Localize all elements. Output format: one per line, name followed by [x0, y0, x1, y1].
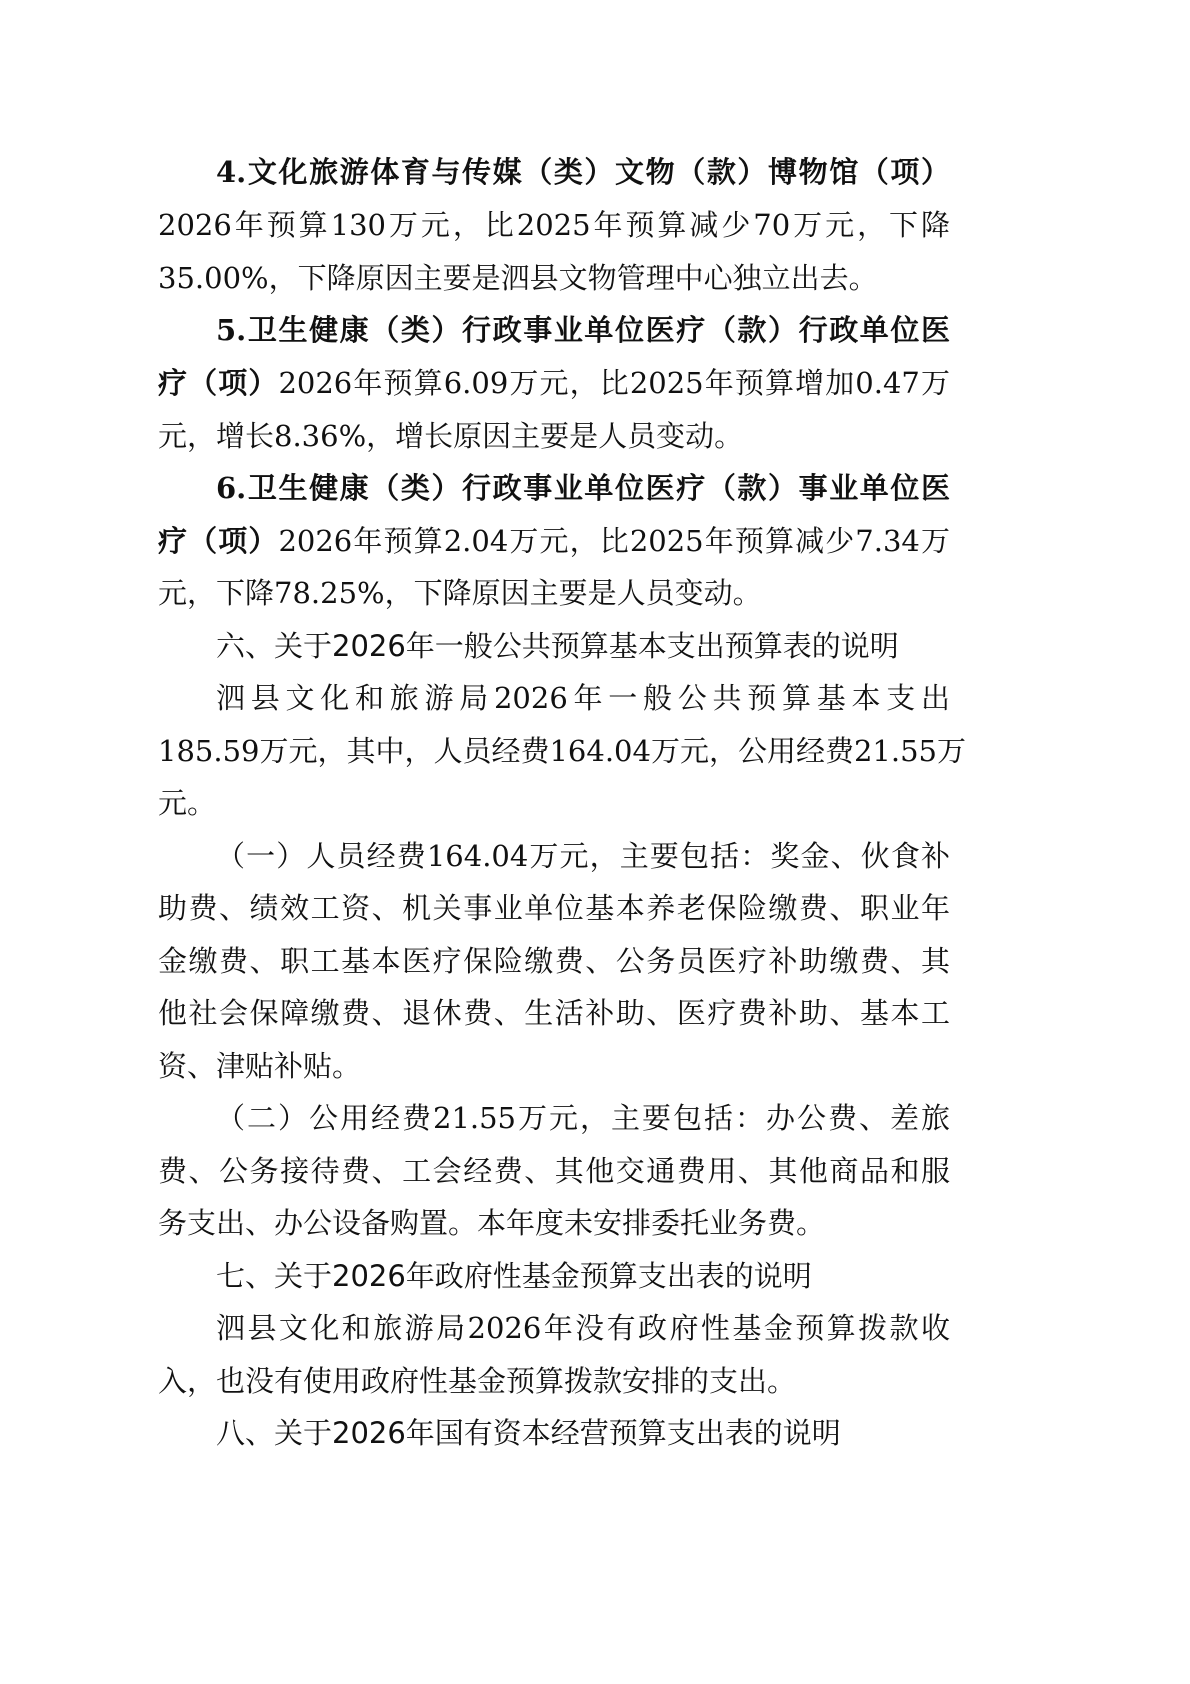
section6-intro-line2: 185.59万元，其中，人员经费164.04万元，公用经费21.55万 — [158, 725, 950, 777]
section7-line1: 泗县文化和旅游局2026年没有政府性基金预算拨款收 — [216, 1302, 950, 1354]
public-line1: （二）公用经费21.55万元，主要包括：办公费、差旅 — [216, 1092, 950, 1144]
personnel-line5: 资、津贴补贴。 — [158, 1040, 361, 1092]
public-line3: 务支出、办公设备购置。本年度未安排委托业务费。 — [158, 1197, 825, 1249]
item6-line2: 疗（项）2026年预算2.04万元，比2025年预算减少7.34万 — [158, 515, 950, 567]
item6-title-suffix: 疗（项） — [158, 524, 278, 558]
personnel-line1: （一）人员经费164.04万元，主要包括：奖金、伙食补 — [216, 830, 950, 882]
section7-heading: 七、关于2026年政府性基金预算支出表的说明 — [216, 1250, 812, 1302]
section6-intro-line3: 元。 — [158, 777, 216, 829]
item6-title: 6.卫生健康（类）行政事业单位医疗（款）事业单位医 — [216, 462, 950, 514]
personnel-line2: 助费、绩效工资、机关事业单位基本养老保险缴费、职业年 — [158, 882, 950, 934]
personnel-line3: 金缴费、职工基本医疗保险缴费、公务员医疗补助缴费、其 — [158, 935, 950, 987]
public-line2: 费、公务接待费、工会经费、其他交通费用、其他商品和服 — [158, 1145, 950, 1197]
section8-heading: 八、关于2026年国有资本经营预算支出表的说明 — [216, 1407, 841, 1459]
section7-line2: 入，也没有使用政府性基金预算拨款安排的支出。 — [158, 1355, 796, 1407]
item5-title: 5.卫生健康（类）行政事业单位医疗（款）行政单位医 — [216, 304, 950, 356]
item6-budget-text: 2026年预算2.04万元，比2025年预算减少7.34万 — [278, 524, 950, 558]
item5-line3: 元，增长8.36%，增长原因主要是人员变动。 — [158, 410, 743, 462]
item5-budget-text: 2026年预算6.09万元，比2025年预算增加0.47万 — [278, 366, 950, 400]
section6-intro-line1: 泗县文化和旅游局2026年一般公共预算基本支出 — [216, 672, 950, 724]
personnel-line4: 他社会保障缴费、退休费、生活补助、医疗费补助、基本工 — [158, 987, 950, 1039]
item4-line1: 2026年预算130万元，比2025年预算减少70万元，下降 — [158, 199, 950, 251]
item6-line3: 元，下降78.25%，下降原因主要是人员变动。 — [158, 567, 762, 619]
section6-heading: 六、关于2026年一般公共预算基本支出预算表的说明 — [216, 620, 899, 672]
item4-title: 4.文化旅游体育与传媒（类）文物（款）博物馆（项） — [216, 146, 950, 198]
item5-line2: 疗（项）2026年预算6.09万元，比2025年预算增加0.47万 — [158, 357, 950, 409]
item5-title-suffix: 疗（项） — [158, 366, 278, 400]
item4-line2: 35.00%，下降原因主要是泗县文物管理中心独立出去。 — [158, 252, 878, 304]
